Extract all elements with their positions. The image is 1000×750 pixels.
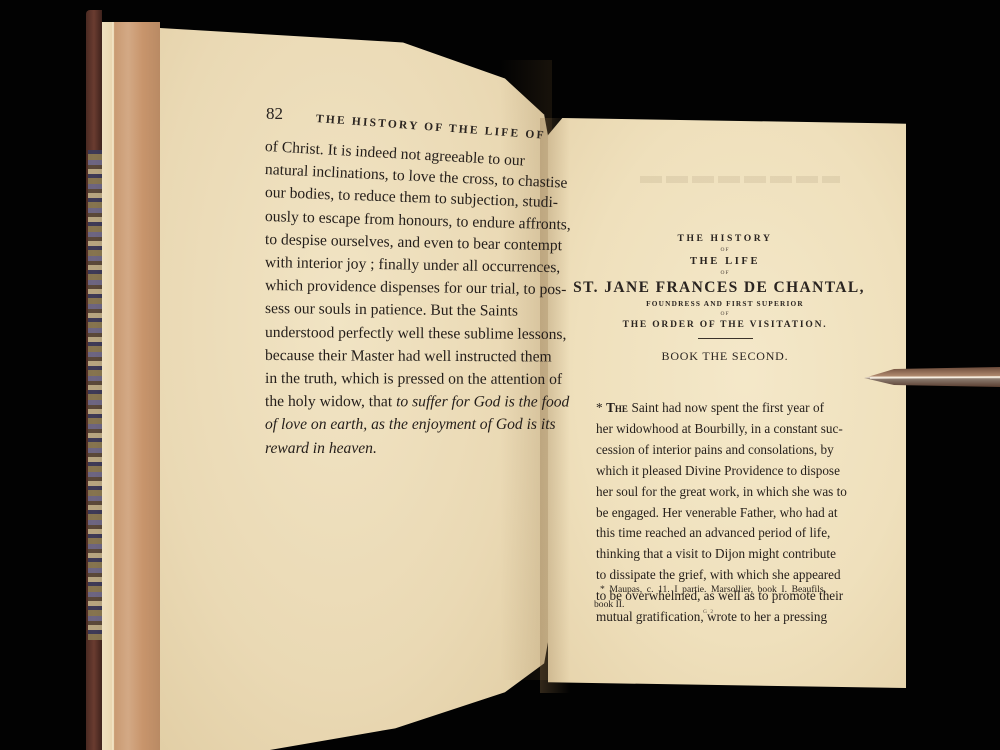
title-line: THE HISTORY xyxy=(575,233,875,244)
italic-quote: reward in heaven. xyxy=(265,437,533,460)
text-line: this time reached an advanced period of … xyxy=(596,523,824,544)
title-of: OF xyxy=(575,311,875,317)
footnote: * Maupas, c. 11. I partie. Marsollier, b… xyxy=(594,582,826,612)
title-subtitle: FOUNDRESS AND FIRST SUPERIOR xyxy=(575,299,875,308)
bleed-through-text xyxy=(640,176,840,183)
text-line: be engaged. Her venerable Father, who ha… xyxy=(596,503,824,524)
page-fore-edge xyxy=(102,22,160,750)
footnote-line: * Maupas, c. 11. I partie. Marsollier, b… xyxy=(594,582,826,597)
book-heading: BOOK THE SECOND. xyxy=(575,349,875,364)
title-of: OF xyxy=(575,270,875,276)
text-line: cession of interior pains and consolatio… xyxy=(596,440,824,461)
text-line: because their Master had well instructed… xyxy=(265,344,533,369)
divider-rule xyxy=(698,338,753,339)
text-line: her widowhood at Bourbilly, in a constan… xyxy=(596,419,824,440)
text-line: * The Saint had now spent the first year… xyxy=(596,398,824,419)
text-line-rest: Saint had now spent the first year of xyxy=(628,400,824,415)
italic-quote: of love on earth, as the enjoyment of Go… xyxy=(265,413,533,436)
text-line-plain: the holy widow, that xyxy=(265,393,396,410)
book-photo: 82 THE HISTORY OF THE LIFE OF of Christ.… xyxy=(0,0,1000,750)
title-line: THE LIFE xyxy=(575,256,875,267)
signature-mark: G 2 xyxy=(703,609,714,615)
title-line: THE ORDER OF THE VISITATION. xyxy=(575,320,875,330)
text-line: the holy widow, that to suffer for God i… xyxy=(265,390,533,414)
text-line: her soul for the great work, in which sh… xyxy=(596,482,824,503)
page-number: 82 xyxy=(266,104,283,124)
marbled-endpaper xyxy=(88,150,102,640)
text-line: sess our souls in patience. But the Sain… xyxy=(265,297,533,323)
text-line: which it pleased Divine Providence to di… xyxy=(596,461,824,482)
text-line: thinking that a visit to Dijon might con… xyxy=(596,544,824,565)
title-of: OF xyxy=(575,247,875,253)
footnote-marker: * xyxy=(596,400,606,415)
chapter-title-block: THE HISTORY OF THE LIFE OF ST. JANE FRAN… xyxy=(575,233,875,364)
drop-caps-word: The xyxy=(606,400,628,415)
text-line: in the truth, which is pressed on the at… xyxy=(265,367,533,391)
italic-quote: to suffer for God is the food xyxy=(396,393,569,410)
left-page-body: of Christ. It is indeed not agreeable to… xyxy=(265,135,533,460)
text-line: understood perfectly well these sublime … xyxy=(265,321,533,346)
title-main: ST. JANE FRANCES DE CHANTAL, xyxy=(563,279,875,297)
letter-opener-blade-icon xyxy=(864,365,1000,389)
